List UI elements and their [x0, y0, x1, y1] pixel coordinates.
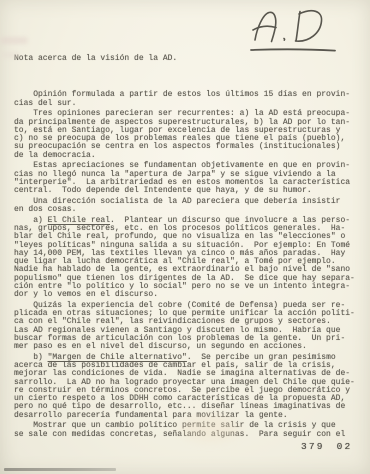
scanned-document-page: A.D Nota acerca de la visión de la AD. O… [0, 0, 370, 474]
scan-smudge-artifact [0, 37, 28, 44]
paper-stain-artifact [180, 415, 240, 441]
text-segment: central. Todo depende del Intendente que… [14, 186, 312, 195]
text-line: cias del sur. [14, 100, 366, 108]
page-number-stamp: 379 02 [301, 441, 352, 452]
page-title: Nota acerca de la visión de la AD. [14, 55, 366, 63]
paragraph: Quizás la experiencia del cobre (Comité … [14, 302, 366, 352]
scan-edge-artifact [4, 468, 116, 471]
document-body: Opinión formulada a partir de estos los … [14, 91, 366, 439]
text-line: dor y lo vemos en el discurso. [14, 291, 366, 299]
paragraph: Estas apreciaciones se fundamentan objet… [14, 162, 366, 195]
text-segment: se sale con medidas concretas, señalando… [14, 430, 345, 439]
text-segment: en dos cosas. [14, 205, 76, 214]
paragraph: a) El Chile real. Plantear un discurso q… [14, 217, 366, 300]
text-segment: de la democracia. [14, 151, 96, 160]
text-line: central. Todo depende del Intendente que… [14, 187, 366, 195]
text-segment: mer paso es en el nivel del discurso, un… [14, 342, 307, 351]
text-line: mer paso es en el nivel del discurso, un… [14, 343, 366, 351]
text-segment: dor y lo vemos en el discurso. [14, 290, 158, 299]
document-text: Nota acerca de la visión de la AD. Opini… [14, 38, 366, 458]
text-segment: desarrollo parecería fundamental para mo… [14, 411, 288, 420]
paragraph: b) "Margen de Chile alternativo". Se per… [14, 354, 366, 420]
text-line: de la democracia. [14, 152, 366, 160]
paragraph: Tres opiniones parecieran ser recurrente… [14, 110, 366, 160]
text-segment: cias del sur. [14, 99, 76, 108]
paragraph: Opinión formulada a partir de estos los … [14, 91, 366, 108]
text-line: en dos cosas. [14, 206, 366, 214]
paragraph: Una dirección socialista de la AD pareci… [14, 198, 366, 215]
scan-smudge-artifact [0, 52, 20, 58]
